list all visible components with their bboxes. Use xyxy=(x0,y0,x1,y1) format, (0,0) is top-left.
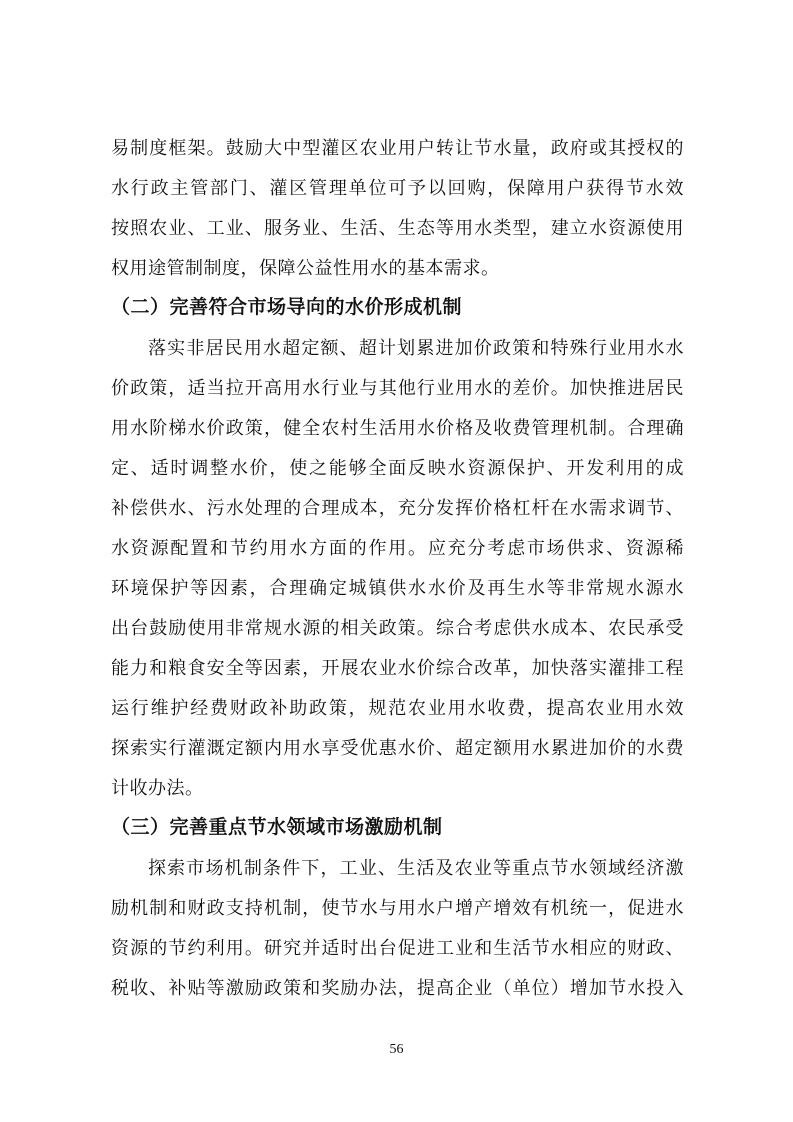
section-heading-3: （三）完善重点节水领域市场激励机制 xyxy=(111,808,684,848)
body-line: 励机制和财政支持机制，使节水与用水户增产增效有机统一，促进水 xyxy=(111,888,684,928)
page-number: 56 xyxy=(0,1030,793,1070)
body-line: 价政策，适当拉开高用水行业与其他行业用水的差价。加快推进居民 xyxy=(111,368,684,408)
body-line: 按照农业、工业、服务业、生活、生态等用水类型，建立水资源使用 xyxy=(111,208,684,248)
body-line: 运行维护经费财政补助政策，规范农业用水收费，提高农业用水效率， xyxy=(111,688,684,728)
body-line: 税收、补贴等激励政策和奖励办法，提高企业（单位）增加节水投入 xyxy=(111,968,684,1008)
body-line: 环境保护等因素，合理确定城镇供水水价及再生水等非常规水源水价， xyxy=(111,568,684,608)
document-page: 易制度框架。鼓励大中型灌区农业用户转让节水量，政府或其授权的 水行政主管部门、灌… xyxy=(0,0,793,1122)
section-heading-2: （二）完善符合市场导向的水价形成机制 xyxy=(111,288,684,328)
body-line: 探索实行灌溉定额内用水享受优惠水价、超定额用水累进加价的水费 xyxy=(111,728,684,768)
body-line: 补偿供水、污水处理的合理成本，充分发挥价格杠杆在水需求调节、 xyxy=(111,488,684,528)
body-line: 落实非居民用水超定额、超计划累进加价政策和特殊行业用水水 xyxy=(111,328,684,368)
body-line: 能力和粮食安全等因素，开展农业水价综合改革，加快落实灌排工程 xyxy=(111,648,684,688)
body-line: 计收办法。 xyxy=(111,768,684,808)
body-line: 易制度框架。鼓励大中型灌区农业用户转让节水量，政府或其授权的 xyxy=(111,128,684,168)
document-body: 易制度框架。鼓励大中型灌区农业用户转让节水量，政府或其授权的 水行政主管部门、灌… xyxy=(111,128,684,1008)
body-line: 权用途管制制度，保障公益性用水的基本需求。 xyxy=(111,248,684,288)
body-line: 用水阶梯水价政策，健全农村生活用水价格及收费管理机制。合理确 xyxy=(111,408,684,448)
body-line: 水资源配置和节约用水方面的作用。应充分考虑市场供求、资源稀缺、 xyxy=(111,528,684,568)
body-line: 出台鼓励使用非常规水源的相关政策。综合考虑供水成本、农民承受 xyxy=(111,608,684,648)
body-line: 资源的节约利用。研究并适时出台促进工业和生活节水相应的财政、 xyxy=(111,928,684,968)
body-line: 定、适时调整水价，使之能够全面反映水资源保护、开发利用的成本， xyxy=(111,448,684,488)
body-line: 水行政主管部门、灌区管理单位可予以回购，保障用户获得节水效益。 xyxy=(111,168,684,208)
body-line: 探索市场机制条件下，工业、生活及农业等重点节水领域经济激 xyxy=(111,848,684,888)
